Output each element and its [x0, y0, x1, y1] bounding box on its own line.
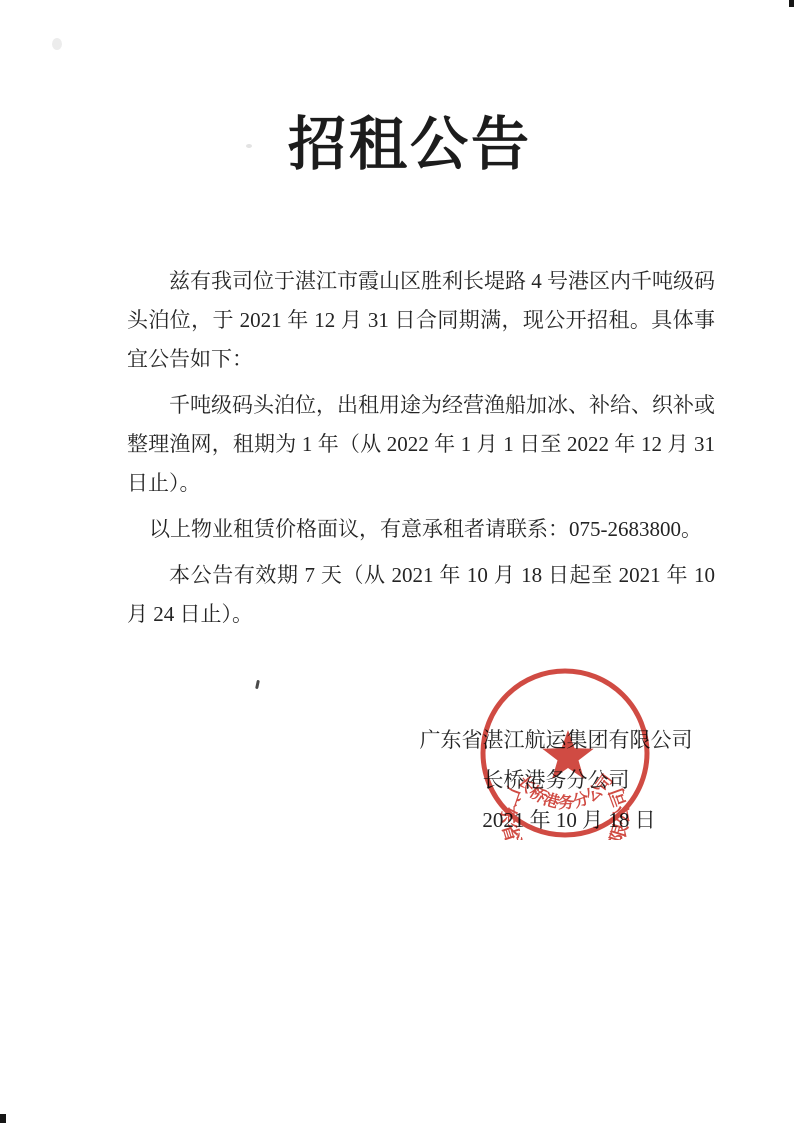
company-seal: 广东省湛江航运集团有限公司 长桥港务分公司: [475, 660, 655, 840]
notice-title: 招租公告: [13, 97, 794, 181]
scan-artifact-top-right: [789, 0, 794, 7]
paragraph-terms: 千吨级码头泊位，出租用途为经营渔船加冰、补给、织补或整理渔网，租期为 1 年（从…: [127, 386, 715, 503]
scanned-document-page: 招租公告 兹有我司位于湛江市霞山区胜利长堤路 4 号港区内千吨级码头泊位，于 2…: [0, 0, 794, 1123]
seal-bottom-text: 长桥港务分公司: [514, 770, 617, 812]
paragraph-validity: 本公告有效期 7 天（从 2021 年 10 月 18 日起至 2021 年 1…: [127, 556, 715, 634]
paragraph-intro: 兹有我司位于湛江市霞山区胜利长堤路 4 号港区内千吨级码头泊位，于 2021 年…: [127, 262, 715, 379]
scan-artifact-dot: [246, 144, 252, 148]
scan-artifact-smudge: [52, 38, 62, 50]
paragraph-contact: 以上物业租赁价格面议，有意承租者请联系：075-2683800。: [127, 510, 715, 549]
scan-artifact-tick: [255, 680, 260, 689]
notice-body: 兹有我司位于湛江市霞山区胜利长堤路 4 号港区内千吨级码头泊位，于 2021 年…: [127, 262, 715, 641]
seal-bottom-text-label: 长桥港务分公司: [514, 770, 617, 812]
star-icon: [542, 730, 593, 779]
scan-artifact-bottom-left: [0, 1114, 6, 1123]
